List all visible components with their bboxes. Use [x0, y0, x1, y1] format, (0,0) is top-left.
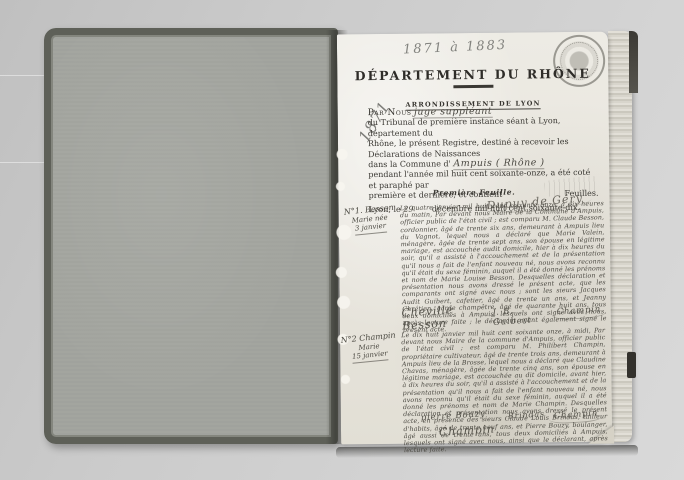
cover-cloth-texture [53, 37, 329, 435]
signature: Cheville Besson [401, 302, 471, 332]
pencil-annotation-year-range: 1871 à 1883 [403, 35, 564, 57]
book-cover [44, 28, 338, 444]
signature: Champin [551, 304, 606, 320]
act2-signatures-row2: Champin [403, 423, 607, 438]
act1-margin-note: N°1. Besson Marie née 3 janvier [340, 203, 400, 236]
preamble-line-3: Rhône, le présent Registre, destiné à re… [368, 137, 598, 160]
act2-margin-note: N°2 Champin Marie 15 janvier [339, 331, 399, 364]
signature: Champin [439, 422, 495, 438]
title-rule [453, 85, 493, 88]
back-cover-edge-top [629, 31, 638, 93]
back-cover-edge-notch [627, 352, 636, 378]
act1-signatures: Cheville Besson J. B. Guibert Champin [402, 303, 606, 331]
register-first-page: 1871 à 1883 DÉPARTEMENT DU RHÔNE ARRONDI… [337, 32, 612, 445]
signature: J. B. Guibert [492, 305, 536, 328]
signature: Brindas [507, 409, 545, 420]
preamble-line-2: du Tribunal de première instance séant à… [368, 116, 598, 139]
signature: pierre Bouzy [421, 409, 486, 423]
department-title: DÉPARTEMENT DU RHÔNE [337, 66, 608, 84]
scanned-register-page: 1871 à 1883 DÉPARTEMENT DU RHÔNE ARRONDI… [0, 0, 684, 480]
